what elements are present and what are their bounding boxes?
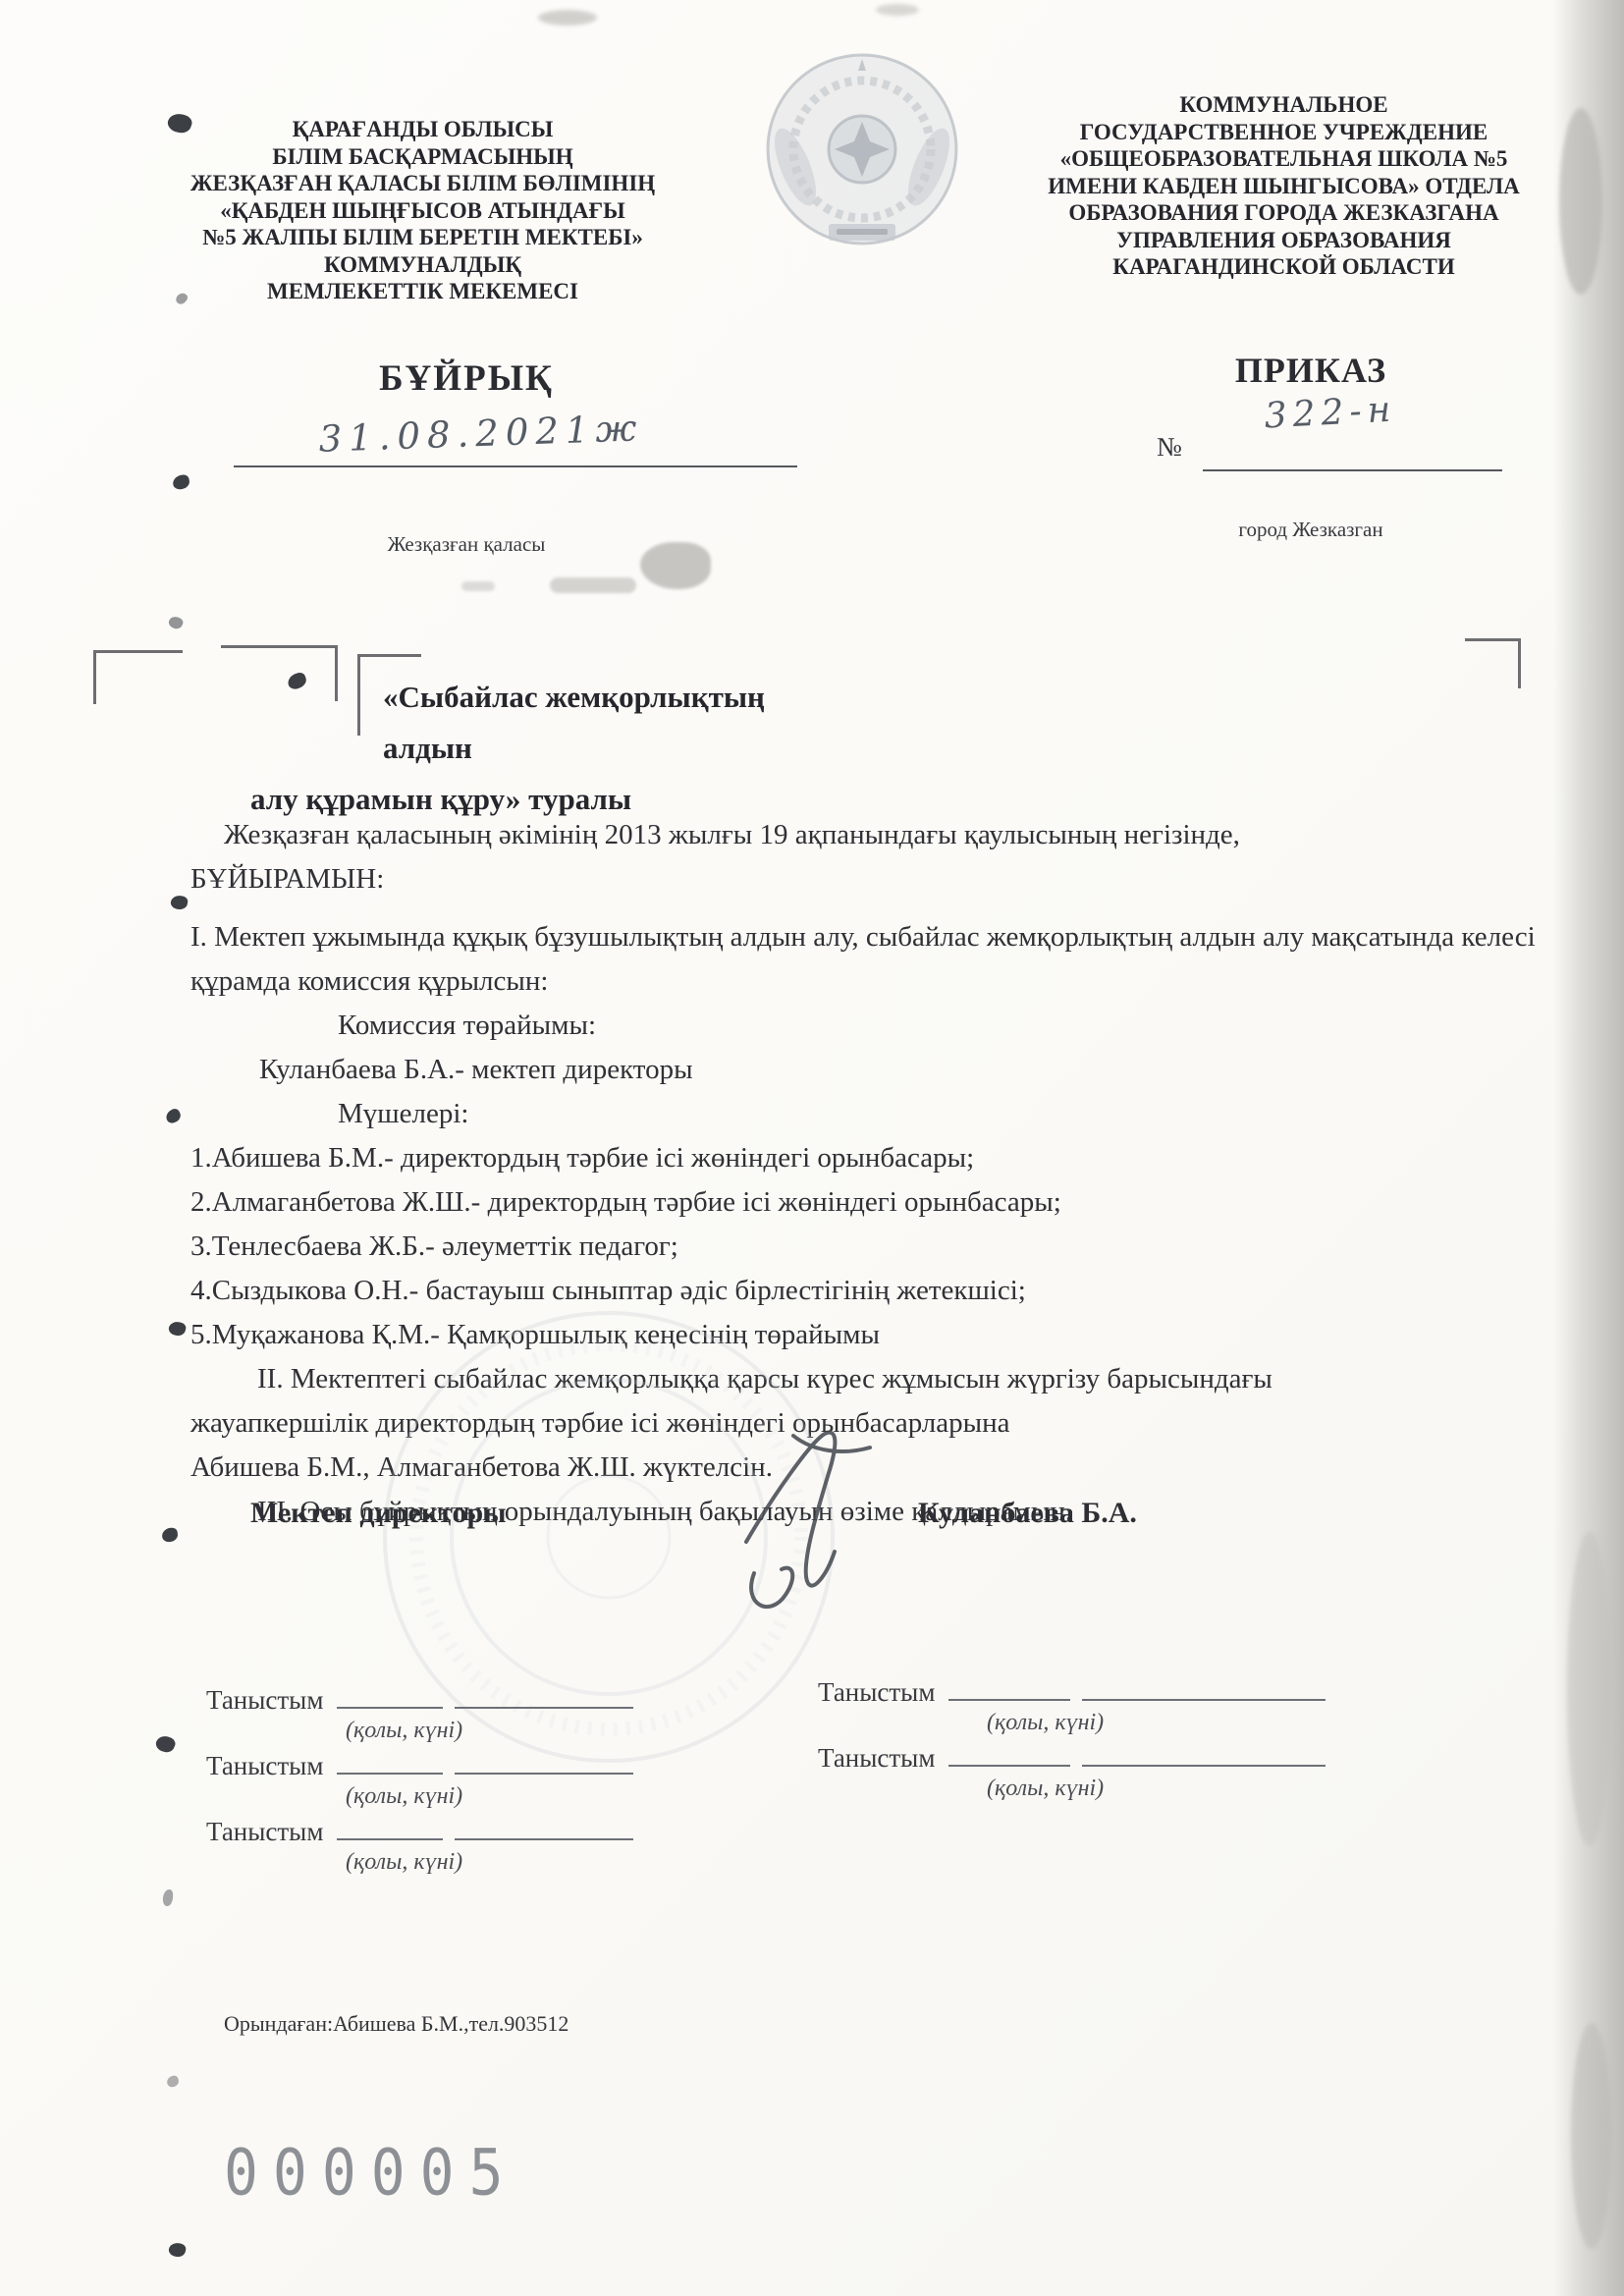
acknowledgement-row: Таныстым (қолы, күні) xyxy=(818,1675,1326,1736)
date-line xyxy=(1082,1675,1326,1701)
signatory-role: Мектеп директоры xyxy=(250,1497,507,1530)
org-ru-line: ОБРАЗОВАНИЯ ГОРОДА ЖЕЗКАЗГАНА xyxy=(997,199,1571,227)
executor-line: Орындаған:Абишева Б.М.,тел.903512 xyxy=(224,2011,568,2037)
chair-name: Куланбаева Б.А.- мектеп директоры xyxy=(190,1048,1538,1092)
scan-blotch xyxy=(1567,1532,1612,1846)
ack-label: Таныстым xyxy=(818,1743,935,1773)
org-ru-line: ИМЕНИ КАБДЕН ШЫНГЫСОВА» ОТДЕЛА xyxy=(997,173,1571,200)
signatory-name: Куланбаева Б.А. xyxy=(918,1497,1137,1530)
ink-speck xyxy=(168,2241,188,2258)
acknowledgement-row: Таныстым (қолы, күні) xyxy=(206,1683,633,1744)
acknowledgement-row: Таныстым (қолы, күні) xyxy=(818,1741,1326,1802)
subject-line: «Сыбайлас жемқорлықтың алдын xyxy=(250,672,800,774)
ink-speck xyxy=(166,2075,180,2089)
ink-smudge xyxy=(640,542,711,589)
scan-blotch xyxy=(1571,2023,1612,2249)
org-ru-line: «ОБЩЕОБРАЗОВАТЕЛЬНАЯ ШКОЛА №5 xyxy=(997,145,1571,173)
members-label: Мүшелері: xyxy=(190,1092,1538,1136)
date-underline xyxy=(234,465,797,467)
org-kk-line: ҚАРАҒАНДЫ ОБЛЫСЫ xyxy=(155,116,690,143)
ack-hint: (қолы, күні) xyxy=(346,1783,633,1810)
org-ru-line: КАРАГАНДИНСКОЙ ОБЛАСТИ xyxy=(997,253,1571,281)
date-line xyxy=(455,1749,633,1775)
scan-blotch xyxy=(538,10,597,26)
ink-speck xyxy=(172,473,191,490)
org-kk-line: КОММУНАЛДЫҚ xyxy=(155,251,690,279)
item-1: I. Мектеп ұжымында құқық бұзушылықтың ал… xyxy=(190,915,1538,1004)
scan-blotch xyxy=(876,4,919,16)
corner-mark xyxy=(93,650,183,704)
date-line xyxy=(1082,1741,1326,1767)
place-russian: город Жезказган xyxy=(1154,518,1468,542)
acknowledgement-row: Таныстым (қолы, күні) xyxy=(206,1815,633,1876)
order-subject: «Сыбайлас жемқорлықтың алдын алу құрамын… xyxy=(250,672,800,825)
ink-speck xyxy=(154,1733,178,1755)
member-item: 1.Абишева Б.М.- директордың тәрбие ісі ж… xyxy=(190,1136,1538,1180)
organization-name-russian: КОММУНАЛЬНОЕ ГОСУДАРСТВЕННОЕ УЧРЕЖДЕНИЕ … xyxy=(997,91,1571,281)
ink-speck xyxy=(167,615,185,631)
member-item: 3.Тенлесбаева Ж.Б.- әлеуметтік педагог; xyxy=(190,1225,1538,1269)
ack-hint: (қолы, күні) xyxy=(346,1718,633,1744)
number-sign: № xyxy=(1157,432,1182,463)
ink-speck xyxy=(162,1889,173,1907)
org-ru-line: КОММУНАЛЬНОЕ xyxy=(997,91,1571,119)
intro-paragraph: Жезқазған қаласының әкімінің 2013 жылғы … xyxy=(190,813,1538,857)
resolve-word: БҰЙЫРАМЫН: xyxy=(190,857,1538,902)
org-kk-line: «ҚАБДЕН ШЫҢҒЫСОВ АТЫНДАҒЫ xyxy=(155,197,690,225)
handwritten-order-number: 322-н xyxy=(1221,387,1439,438)
date-line xyxy=(455,1815,633,1840)
acknowledgement-right-column: Таныстым (қолы, күні) Таныстым (қолы, кү… xyxy=(818,1675,1326,1807)
number-underline xyxy=(1203,469,1502,471)
ack-hint: (қолы, күні) xyxy=(346,1849,633,1876)
date-line xyxy=(455,1683,633,1709)
acknowledgement-row: Таныстым (қолы, күні) xyxy=(206,1749,633,1810)
ack-label: Таныстым xyxy=(818,1677,935,1707)
ack-hint: (қолы, күні) xyxy=(987,1710,1326,1736)
signature-line xyxy=(337,1683,443,1709)
ack-label: Таныстым xyxy=(206,1751,323,1780)
member-item: 2.Алмаганбетова Ж.Ш.- директордың тәрбие… xyxy=(190,1180,1538,1225)
org-kk-line: БІЛІМ БАСҚАРМАСЫНЫҢ xyxy=(155,143,690,171)
org-ru-line: ГОСУДАРСТВЕННОЕ УЧРЕЖДЕНИЕ xyxy=(997,119,1571,146)
acknowledgement-left-column: Таныстым (қолы, күні) Таныстым (қолы, кү… xyxy=(206,1683,633,1881)
ack-label: Таныстым xyxy=(206,1817,323,1846)
ack-label: Таныстым xyxy=(206,1685,323,1715)
corner-mark xyxy=(1465,638,1521,688)
signature-line xyxy=(948,1741,1070,1767)
ink-smudge xyxy=(461,581,495,591)
ink-speck xyxy=(161,1527,179,1543)
organization-name-kazakh: ҚАРАҒАНДЫ ОБЛЫСЫ БІЛІМ БАСҚАРМАСЫНЫҢ ЖЕЗ… xyxy=(155,116,690,305)
org-kk-line: МЕМЛЕКЕТТІК МЕКЕМЕСІ xyxy=(155,278,690,305)
handwritten-order-date: 31.08.2021ж xyxy=(244,405,717,464)
signature-line xyxy=(948,1675,1070,1701)
scan-shadow-right-edge xyxy=(1553,0,1624,2296)
org-kk-line: №5 ЖАЛПЫ БІЛІМ БЕРЕТІН МЕКТЕБІ» xyxy=(155,224,690,251)
director-signature xyxy=(734,1426,882,1622)
order-word-russian: ПРИКАЗ xyxy=(1154,350,1468,391)
scanned-order-document: ҚАРАҒАНДЫ ОБЛЫСЫ БІЛІМ БАСҚАРМАСЫНЫҢ ЖЕЗ… xyxy=(0,0,1624,2296)
chair-label: Комиссия төрайымы: xyxy=(190,1004,1538,1048)
signature-line xyxy=(337,1749,443,1775)
ack-hint: (қолы, күні) xyxy=(987,1776,1326,1802)
ink-speck xyxy=(168,1320,188,1338)
ink-smudge xyxy=(550,577,636,593)
ink-speck xyxy=(170,895,189,911)
org-kk-line: ЖЕЗҚАЗҒАН ҚАЛАСЫ БІЛІМ БӨЛІМІНІҢ xyxy=(155,170,690,197)
org-ru-line: УПРАВЛЕНИЯ ОБРАЗОВАНИЯ xyxy=(997,227,1571,254)
kazakhstan-emblem-icon xyxy=(758,51,966,259)
order-word-kazakh: БҰЙРЫҚ xyxy=(187,357,746,400)
sheet-number-stamp: 000005 xyxy=(224,2135,518,2210)
ink-speck xyxy=(164,1107,183,1125)
signature-line xyxy=(337,1815,443,1840)
